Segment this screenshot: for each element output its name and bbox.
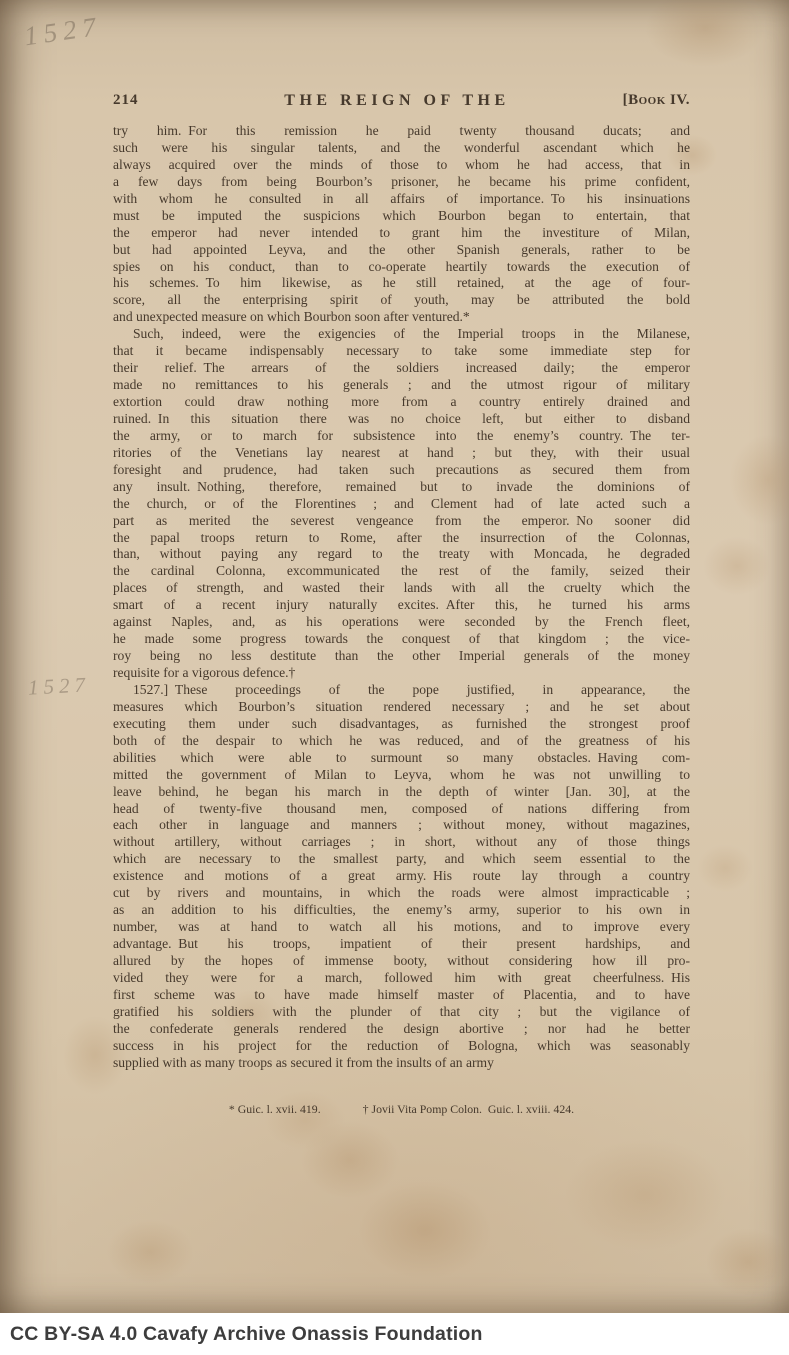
text-line: smart of a recent injury naturally excit… xyxy=(113,597,690,614)
text-line: ritories of the Venetians lay nearest at… xyxy=(113,445,690,462)
text-line: foresight and prudence, had taken such p… xyxy=(113,462,690,479)
text-line: he made some progress towards the conque… xyxy=(113,631,690,648)
text-line: must be imputed the suspicions which Bou… xyxy=(113,208,690,225)
text-line: score, all the enterprising spirit of yo… xyxy=(113,292,690,309)
footnote-2: † Jovii Vita Pomp Colon. Guic. l. xviii.… xyxy=(363,1102,574,1117)
text-line: and unexpected measure on which Bourbon … xyxy=(113,309,690,326)
text-line: the cardinal Colonna, excommunicated the… xyxy=(113,563,690,580)
text-line: his schemes. To him likewise, as he stil… xyxy=(113,275,690,292)
text-line: always acquired over the minds of those … xyxy=(113,157,690,174)
text-line: a few days from being Bourbon’s prisoner… xyxy=(113,174,690,191)
text-line: the confederate generals rendered the de… xyxy=(113,1021,690,1038)
handwritten-year-top: 1527 xyxy=(22,11,104,53)
text-line: abilities which were able to surmount so… xyxy=(113,750,690,767)
text-line: without artillery, without carriages ; i… xyxy=(113,834,690,851)
license-bar: CC BY-SA 4.0 Cavafy Archive Onassis Foun… xyxy=(0,1313,789,1355)
text-line: with whom he consulted in all affairs of… xyxy=(113,191,690,208)
text-line: spies on his conduct, than to co-operate… xyxy=(113,259,690,276)
text-line: part as merited the severest vengeance f… xyxy=(113,513,690,530)
text-line: success in his project for the reduction… xyxy=(113,1038,690,1055)
text-line: executing them under such disadvantages,… xyxy=(113,716,690,733)
text-line: existence and motions of a great army. H… xyxy=(113,868,690,885)
text-line: ruined. In this situation there was no c… xyxy=(113,411,690,428)
text-line: both of the despair to which he was redu… xyxy=(113,733,690,750)
text-line: allured by the hopes of immense booty, w… xyxy=(113,953,690,970)
text-line: the emperor had never intended to grant … xyxy=(113,225,690,242)
text-line: made no remittances to his generals ; an… xyxy=(113,377,690,394)
text-line: each other in language and manners ; wit… xyxy=(113,817,690,834)
text-line: number, was at hand to watch all his mot… xyxy=(113,919,690,936)
page-header: 214 THE REIGN OF THE [Book IV. xyxy=(113,92,690,112)
text-line: gratified his soldiers with the plunder … xyxy=(113,1004,690,1021)
text-line: mitted the government of Milan to Leyva,… xyxy=(113,767,690,784)
text-line: cut by rivers and mountains, in which th… xyxy=(113,885,690,902)
text-line: measures which Bourbon’s situation rende… xyxy=(113,699,690,716)
text-line: which are necessary to the smallest part… xyxy=(113,851,690,868)
text-line: 1527.] These proceedings of the pope jus… xyxy=(113,682,690,699)
text-line: advantage. But his troops, impatient of … xyxy=(113,936,690,953)
paragraph: Such, indeed, were the exigencies of the… xyxy=(113,326,690,682)
handwritten-year-margin: 1527 xyxy=(27,672,90,700)
text-line: head of twenty-five thousand men, compos… xyxy=(113,801,690,818)
text-line: places of strength, and wasted their lan… xyxy=(113,580,690,597)
text-line: but had appointed Leyva, and the other S… xyxy=(113,242,690,259)
scanned-page: 1527 1527 214 THE REIGN OF THE [Book IV.… xyxy=(0,0,789,1355)
text-line: requisite for a vigorous defence.† xyxy=(113,665,690,682)
book-label: [Book IV. xyxy=(623,92,690,109)
text-line: leave behind, he began his march in the … xyxy=(113,784,690,801)
text-line: first scheme was to have made himself ma… xyxy=(113,987,690,1004)
paragraph: try him. For this remission he paid twen… xyxy=(113,123,690,326)
text-line: extortion could draw nothing more from a… xyxy=(113,394,690,411)
text-line: such were his singular talents, and the … xyxy=(113,140,690,157)
text-line: than, without paying any regard to the t… xyxy=(113,546,690,563)
footnotes: * Guic. l. xvii. 419. † Jovii Vita Pomp … xyxy=(113,1102,690,1117)
text-block: try him. For this remission he paid twen… xyxy=(113,123,690,1072)
paragraph: 1527.] These proceedings of the pope jus… xyxy=(113,682,690,1072)
running-title: THE REIGN OF THE xyxy=(284,92,509,110)
text-line: as an addition to his difficulties, the … xyxy=(113,902,690,919)
text-line: their relief. The arrears of the soldier… xyxy=(113,360,690,377)
book-page: 1527 1527 214 THE REIGN OF THE [Book IV.… xyxy=(0,0,789,1313)
text-line: vided they were for a march, followed hi… xyxy=(113,970,690,987)
text-line: Such, indeed, were the exigencies of the… xyxy=(113,326,690,343)
page-number: 214 xyxy=(113,92,139,109)
text-line: the army, or to march for subsistence in… xyxy=(113,428,690,445)
text-line: against Naples, and, as his operations w… xyxy=(113,614,690,631)
text-line: any insult. Nothing, therefore, remained… xyxy=(113,479,690,496)
text-line: supplied with as many troops as secured … xyxy=(113,1055,690,1072)
text-line: the church, or of the Florentines ; and … xyxy=(113,496,690,513)
text-line: roy being no less destitute than the oth… xyxy=(113,648,690,665)
footnote-1: * Guic. l. xvii. 419. xyxy=(229,1102,321,1117)
text-line: the papal troops return to Rome, after t… xyxy=(113,530,690,547)
text-line: try him. For this remission he paid twen… xyxy=(113,123,690,140)
license-text: CC BY-SA 4.0 Cavafy Archive Onassis Foun… xyxy=(10,1323,483,1346)
text-line: that it became indispensably necessary t… xyxy=(113,343,690,360)
